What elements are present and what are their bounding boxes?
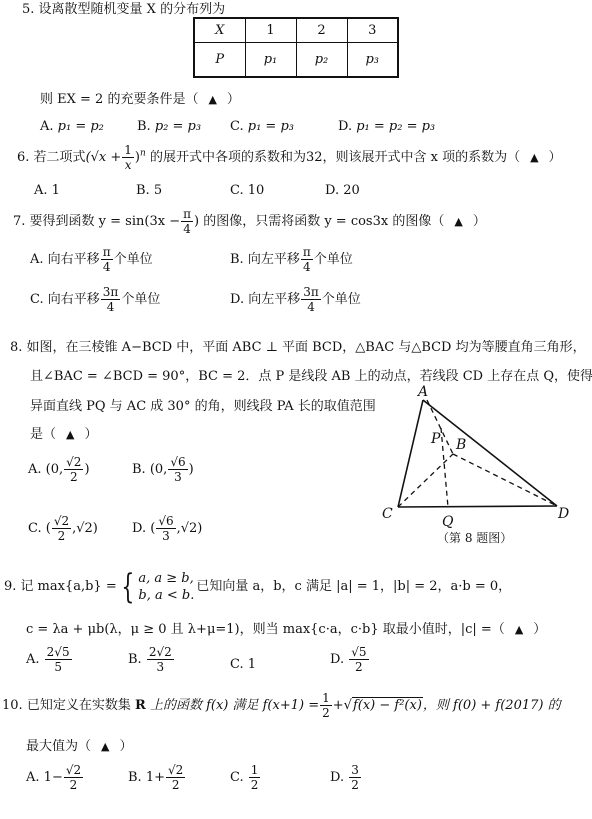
question-text: ） — [549, 150, 562, 165]
option-label: A. — [34, 183, 48, 198]
exponent: n — [140, 149, 146, 159]
fraction: 12 — [320, 692, 332, 719]
question-number: 7. — [13, 214, 25, 229]
option-text: (0, — [150, 462, 167, 477]
option-a[interactable]: A. p₁ = p₂ — [40, 118, 104, 136]
option-label: C. — [230, 119, 244, 134]
question-number: 6. — [17, 150, 29, 165]
numerator: π — [301, 246, 313, 260]
option-d[interactable]: D. p₁ = p₂ = p₃ — [338, 118, 435, 136]
piecewise-cases: a, a ≥ b, b, a < b. — [138, 570, 194, 604]
numerator: 2√2 — [147, 646, 174, 660]
option-text: 20 — [343, 183, 360, 198]
fraction: 3π4 — [301, 286, 321, 313]
numerator: √6 — [156, 515, 175, 529]
math-expr: + — [333, 698, 344, 713]
question-text: ） — [84, 427, 97, 442]
option-label: D. — [330, 770, 344, 785]
label-a: A — [416, 384, 428, 400]
fraction: 2√23 — [147, 646, 174, 673]
question-text: 要得到函数 y = sin(3x − — [30, 214, 181, 229]
option-d[interactable]: D. 20 — [325, 182, 360, 200]
option-text: 个单位 — [121, 292, 160, 307]
edge-bd — [453, 454, 557, 506]
radicand: f(x) − f²(x) — [352, 697, 423, 713]
table-cell: p₃ — [347, 42, 398, 77]
option-label: C. — [28, 521, 42, 536]
option-text: p₁ = p₂ = p₃ — [356, 119, 435, 134]
denominator: 2 — [58, 529, 66, 542]
option-label: D. — [132, 521, 146, 536]
option-label: C. — [230, 770, 244, 785]
label-b: B — [455, 437, 466, 453]
edge-cd — [398, 506, 557, 507]
numerator: √2 — [52, 515, 71, 529]
label-q: Q — [442, 514, 454, 530]
option-c[interactable]: C. 1 — [230, 656, 256, 674]
option-text: (0, — [46, 462, 63, 477]
question-number: 9. — [4, 578, 16, 596]
option-text: ) — [84, 462, 89, 477]
answer-blank-icon: ▲ — [515, 623, 523, 636]
sqrt-expr: √f(x) − f²(x) — [344, 697, 423, 715]
option-label: B. — [128, 770, 142, 785]
option-a[interactable]: A. 1−√22 — [26, 764, 84, 791]
option-label: A. — [26, 770, 40, 785]
option-b[interactable]: B. 向左平移π4个单位 — [230, 246, 353, 273]
option-label: A. — [28, 462, 42, 477]
label-c: C — [382, 506, 393, 522]
fraction: √22 — [52, 515, 71, 542]
question-text: 的展开式中各项的系数和为32，则该展开式中含 x 项的系数为（ — [150, 150, 520, 165]
option-text: ,√2) — [177, 521, 203, 536]
denominator: 2 — [355, 660, 363, 673]
question-8-line4: 是（▲） — [30, 426, 98, 444]
table-cell: 1 — [245, 18, 296, 42]
edge-ac — [398, 400, 423, 507]
question-text: 已知定义在实数集 — [27, 698, 131, 713]
numerator: π — [181, 208, 193, 222]
numerator: √2 — [64, 456, 83, 470]
option-b[interactable]: B. 1+√22 — [128, 764, 186, 791]
table-cell: 2 — [296, 18, 347, 42]
brace-icon: { — [121, 570, 134, 604]
option-text: 个单位 — [314, 252, 353, 267]
question-text: ） — [119, 739, 132, 754]
denominator: 4 — [307, 300, 315, 313]
question-number: 8. — [10, 340, 22, 355]
denominator: 4 — [183, 222, 191, 235]
label-p: P — [430, 431, 441, 447]
table-cell: p₁ — [245, 42, 296, 77]
question-5-condition: 则 EX = 2 的充要条件是（▲） — [40, 91, 240, 109]
denominator: 2 — [351, 778, 359, 791]
denominator: 4 — [103, 260, 111, 273]
option-c[interactable]: C. p₁ = p₃ — [230, 118, 294, 136]
option-text: 向左平移 — [248, 292, 300, 307]
question-8-line3: 异面直线 PQ 与 AC 成 30° 的角，则线段 PA 长的取值范围 — [30, 398, 376, 416]
question-number: 10. — [2, 698, 23, 713]
question-6-stem: 6. 若二项式(√x +1x)n 的展开式中各项的系数和为32，则该展开式中含 … — [17, 144, 562, 171]
case-line: b, a < b. — [138, 587, 194, 604]
option-label: D. — [338, 119, 352, 134]
option-d[interactable]: D. 向左平移3π4个单位 — [230, 286, 361, 313]
option-label: B. — [137, 119, 151, 134]
fraction: π4 — [181, 208, 193, 235]
option-text: ,√2) — [72, 521, 98, 536]
option-label: A. — [30, 252, 44, 267]
option-label: C. — [230, 183, 244, 198]
question-text: 则 EX = 2 的充要条件是（ — [40, 92, 198, 107]
option-text: 1 — [248, 657, 256, 672]
option-text: ( — [150, 521, 155, 536]
question-text: 最大值为（ — [26, 739, 91, 754]
fraction: √63 — [156, 515, 175, 542]
figure-caption: （第 8 题图） — [437, 529, 512, 546]
option-label: C. — [230, 657, 244, 672]
numerator: √5 — [349, 646, 368, 660]
denominator: 2 — [70, 470, 78, 483]
table-cell: p₂ — [296, 42, 347, 77]
option-b[interactable]: B. 2√23 — [128, 646, 175, 673]
option-label: D. — [230, 292, 244, 307]
option-text: 1 — [52, 183, 60, 198]
denominator: 4 — [107, 300, 115, 313]
option-b[interactable]: B. 5 — [136, 182, 162, 200]
fraction: 1x — [122, 144, 134, 171]
option-label: B. — [230, 252, 244, 267]
option-text: p₁ = p₂ — [58, 119, 104, 134]
denominator: 2 — [70, 778, 78, 791]
option-label: B. — [132, 462, 146, 477]
table-cell: X — [194, 18, 245, 42]
option-a[interactable]: A. 1 — [34, 182, 60, 200]
option-text: 向右平移 — [48, 252, 100, 267]
label-d: D — [557, 506, 569, 522]
segment-pq — [441, 428, 448, 507]
option-b[interactable]: B. (0,√63) — [132, 456, 194, 483]
question-text: ) 的图像，只需将函数 y = cos3x 的图像（ — [194, 214, 444, 229]
fraction: √22 — [64, 456, 83, 483]
option-text: ) — [189, 462, 194, 477]
table-row: P p₁ p₂ p₃ — [194, 42, 398, 77]
numerator: 3 — [349, 764, 361, 778]
fraction: √63 — [168, 456, 187, 483]
option-text: 向左平移 — [248, 252, 300, 267]
answer-blank-icon: ▲ — [454, 215, 462, 228]
question-text: ） — [473, 214, 486, 229]
question-text: ，则 f(0) + f(2017) 的 — [423, 698, 561, 713]
option-a[interactable]: A. (0,√22) — [28, 456, 90, 483]
option-text: 向右平移 — [48, 292, 100, 307]
fraction: √52 — [349, 646, 368, 673]
denominator: 3 — [156, 660, 164, 673]
denominator: 2 — [251, 778, 259, 791]
option-text: 个单位 — [322, 292, 361, 307]
option-text: 10 — [248, 183, 265, 198]
numerator: √2 — [64, 764, 83, 778]
table-cell: P — [194, 42, 245, 77]
numerator: 2√5 — [45, 646, 72, 660]
option-d[interactable]: D. (√63,√2) — [132, 515, 202, 542]
denominator: 3 — [162, 529, 170, 542]
question-7-stem: 7. 要得到函数 y = sin(3x −π4) 的图像，只需将函数 y = c… — [13, 208, 486, 235]
option-a[interactable]: A. 向右平移π4个单位 — [30, 246, 153, 273]
fraction: 32 — [349, 764, 361, 791]
question-9-line2: c = λa + μb(λ，μ ≥ 0 且 λ+μ=1)，则当 max{c·a，… — [26, 621, 546, 639]
question-10-line1: 10. 已知定义在实数集 R 上的函数 f(x) 满足 f(x+1) =12+√… — [2, 692, 561, 719]
table-row: X 1 2 3 — [194, 18, 398, 42]
option-text: p₂ = p₃ — [155, 119, 201, 134]
option-label: B. — [136, 183, 150, 198]
question-10-line2: 最大值为（▲） — [26, 738, 133, 756]
denominator: 2 — [322, 706, 330, 719]
question-text: ） — [227, 92, 240, 107]
case-line: a, a ≥ b, — [138, 570, 194, 587]
denominator: 2 — [172, 778, 180, 791]
table-cell: 3 — [347, 18, 398, 42]
question-text: 设离散型随机变量 X 的分布列为 — [39, 2, 226, 17]
option-label: D. — [330, 652, 344, 667]
math-expr: (√x + — [86, 150, 122, 165]
numerator: √6 — [168, 456, 187, 470]
numerator: 3π — [101, 286, 121, 300]
numerator: 3π — [301, 286, 321, 300]
fraction: 2√55 — [45, 646, 72, 673]
option-text: 5 — [154, 183, 162, 198]
question-text: 是（ — [30, 427, 56, 442]
numerator: 1 — [122, 144, 134, 158]
question-text: 记 max{a,b} = — [20, 578, 116, 596]
option-text: 个单位 — [114, 252, 153, 267]
question-text: 如图，在三棱锥 A−BCD 中，平面 ABC ⊥ 平面 BCD，△BAC 与△B… — [27, 340, 586, 355]
fraction: 12 — [249, 764, 261, 791]
answer-blank-icon: ▲ — [530, 151, 538, 164]
numerator: 1 — [249, 764, 261, 778]
edge-ad — [423, 400, 557, 506]
answer-blank-icon: ▲ — [66, 428, 74, 441]
fraction: √22 — [166, 764, 185, 791]
question-text: 上的函数 f(x) 满足 f(x+1) = — [150, 698, 319, 713]
option-text: 1+ — [146, 770, 165, 785]
denominator: 4 — [303, 260, 311, 273]
denominator: x — [125, 158, 132, 171]
option-label: A. — [26, 652, 40, 667]
option-c[interactable]: C. 12 — [230, 764, 261, 791]
option-c[interactable]: C. 10 — [230, 182, 264, 200]
question-number: 5. — [22, 2, 34, 17]
numerator: √2 — [166, 764, 185, 778]
option-label: B. — [128, 652, 142, 667]
distribution-table: X 1 2 3 P p₁ p₂ p₃ — [193, 17, 399, 78]
fraction: π4 — [101, 246, 113, 273]
denominator: 3 — [174, 470, 182, 483]
option-c[interactable]: C. 向右平移3π4个单位 — [30, 286, 160, 313]
option-label: C. — [30, 292, 44, 307]
question-text: ） — [533, 622, 546, 637]
question-text: 若二项式 — [34, 150, 86, 165]
answer-blank-icon: ▲ — [101, 740, 109, 753]
denominator: 5 — [54, 660, 62, 673]
option-b[interactable]: B. p₂ = p₃ — [137, 118, 201, 136]
option-text: 1− — [44, 770, 63, 785]
option-label: D. — [325, 183, 339, 198]
option-d[interactable]: D. 32 — [330, 764, 362, 791]
question-8-line1: 8. 如图，在三棱锥 A−BCD 中，平面 ABC ⊥ 平面 BCD，△BAC … — [10, 339, 586, 357]
option-a[interactable]: A. 2√55 — [26, 646, 73, 673]
edge-bc — [398, 454, 453, 507]
option-text: ( — [46, 521, 51, 536]
option-d[interactable]: D. √52 — [330, 646, 370, 673]
answer-blank-icon: ▲ — [208, 93, 216, 106]
fraction: π4 — [301, 246, 313, 273]
numerator: 1 — [320, 692, 332, 706]
fraction: 3π4 — [101, 286, 121, 313]
option-text: p₁ = p₃ — [248, 119, 294, 134]
question-9-line1: 9. 记 max{a,b} = { a, a ≥ b, b, a < b. 已知… — [4, 570, 511, 604]
numerator: π — [101, 246, 113, 260]
option-label: A. — [40, 119, 54, 134]
question-text: 已知向量 a，b，c 满足 |a| = 1，|b| = 2，a·b = 0， — [196, 578, 511, 596]
real-set-symbol: R — [135, 698, 146, 713]
fraction: √22 — [64, 764, 83, 791]
option-c[interactable]: C. (√22,√2) — [28, 515, 98, 542]
question-text: c = λa + μb(λ，μ ≥ 0 且 λ+μ=1)，则当 max{c·a，… — [26, 622, 505, 637]
